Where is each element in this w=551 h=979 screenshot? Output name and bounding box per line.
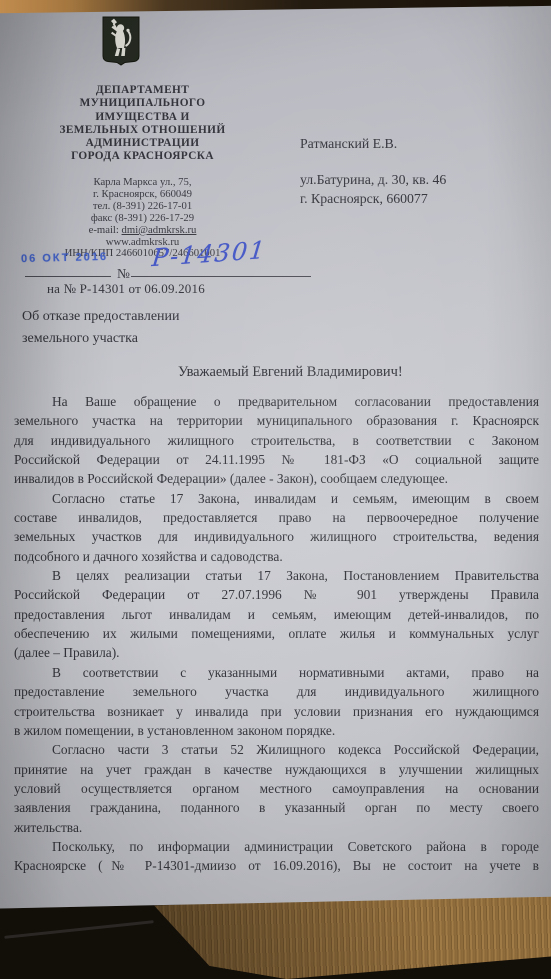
incoming-date-stamp: 06 ОКТ 2016 [21,251,108,265]
org-name-line: МУНИЦИПАЛЬНОГО [10,97,275,110]
body-text-line: условий осуществляется органом местного … [14,779,539,798]
body-text-line: Поскольку, по информации администрации С… [14,837,539,856]
org-contact-lines: Карла Маркса ул., 75,г. Красноярск, 6600… [10,177,275,225]
body-text-line: Красноярске (№ Р-14301-дмиизо от 16.09.2… [14,856,539,875]
body-text-line: обеспечению их жилыми помещениями, оплат… [14,624,539,643]
body-text-line: предоставление земельного участка для ин… [14,682,539,701]
org-name-line: АДМИНИСТРАЦИИ [10,137,275,150]
subject-line: земельного участка [22,328,180,350]
subject-line: Об отказе предоставлении [22,306,180,328]
body-text-line: подсобного и дачного хозяйства и садовод… [14,547,539,566]
body-text-line: инвалидов в Российской Федерации» (далее… [14,469,539,488]
body-text-line: Согласно части 3 статьи 52 Жилищного код… [14,740,539,759]
body-text-line: в жилом помещении, в установленном закон… [14,721,539,740]
coat-of-arms-icon [101,16,141,66]
body-text-line: принятие на учет граждан в качестве нужд… [14,760,539,779]
reply-to-reference: на № Р-14301 от 06.09.2016 [47,281,205,297]
body-text-line: В соответствии с указанными нормативными… [14,663,539,682]
body-text-line: предоставления льгот инвалидам и семьям,… [14,605,539,624]
date-blank-line [25,276,111,277]
email-label: e-mail: [89,224,122,236]
body-text-line: В целях реализации статьи 17 Закона, Пос… [14,566,539,585]
addressee-name: Ратманский Е.В. [300,136,397,152]
letter-body: На Ваше обращение о предварительном согл… [14,392,539,876]
body-text-line: земельного участка на территории муницип… [14,411,539,430]
salutation: Уважаемый Евгений Владимирович! [178,364,403,381]
photographed-letter: ДЕПАРТАМЕНТМУНИЦИПАЛЬНОГОИМУЩЕСТВА ИЗЕМЕ… [0,0,551,979]
addressee-address-line: ул.Батурина, д. 30, кв. 46 [300,170,446,189]
body-text-line: заявления гражданина, поданного в указан… [14,798,539,817]
org-contact-line: тел. (8-391) 226-17-01 [10,201,275,213]
letter-subject: Об отказе предоставленииземельного участ… [22,306,180,350]
body-text-line: для индивидуального жилищного строительс… [14,431,539,450]
body-text-line: (далее – Правила). [14,643,539,662]
body-text-line: строительства возникает у инвалида при у… [14,702,539,721]
letter-sheet: ДЕПАРТАМЕНТМУНИЦИПАЛЬНОГОИМУЩЕСТВА ИЗЕМЕ… [0,0,551,979]
email-address: dmi@admkrsk.ru [122,224,197,236]
body-text-line: Российской Федерации от 24.11.1995 № 181… [14,450,539,469]
body-text-line: Согласно статье 17 Закона, инвалидам и с… [14,489,539,508]
number-sign: № [117,266,130,282]
body-text-line: земельных участков для индивидуального ж… [14,527,539,546]
body-text-line: На Ваше обращение о предварительном согл… [14,392,539,411]
org-name-line: ГОРОДА КРАСНОЯРСКА [10,150,275,163]
org-name-line: ЗЕМЕЛЬНЫХ ОТНОШЕНИЙ [10,124,275,137]
body-text-line: жительства. [14,818,539,837]
org-name-block: ДЕПАРТАМЕНТМУНИЦИПАЛЬНОГОИМУЩЕСТВА ИЗЕМЕ… [10,84,275,164]
org-email-line: e-mail: dmi@admkrsk.ru [10,225,275,237]
body-text-line: составе инвалидов, предоставляется право… [14,508,539,527]
addressee-address: ул.Батурина, д. 30, кв. 46г. Красноярск,… [300,170,446,208]
number-blank-line [131,276,311,277]
body-text-line: Российской Федерации от 27.07.1996 № 901… [14,585,539,604]
org-name-line: ИМУЩЕСТВА И [10,111,275,124]
addressee-address-line: г. Красноярск, 660077 [300,189,446,208]
org-name-line: ДЕПАРТАМЕНТ [10,84,275,97]
